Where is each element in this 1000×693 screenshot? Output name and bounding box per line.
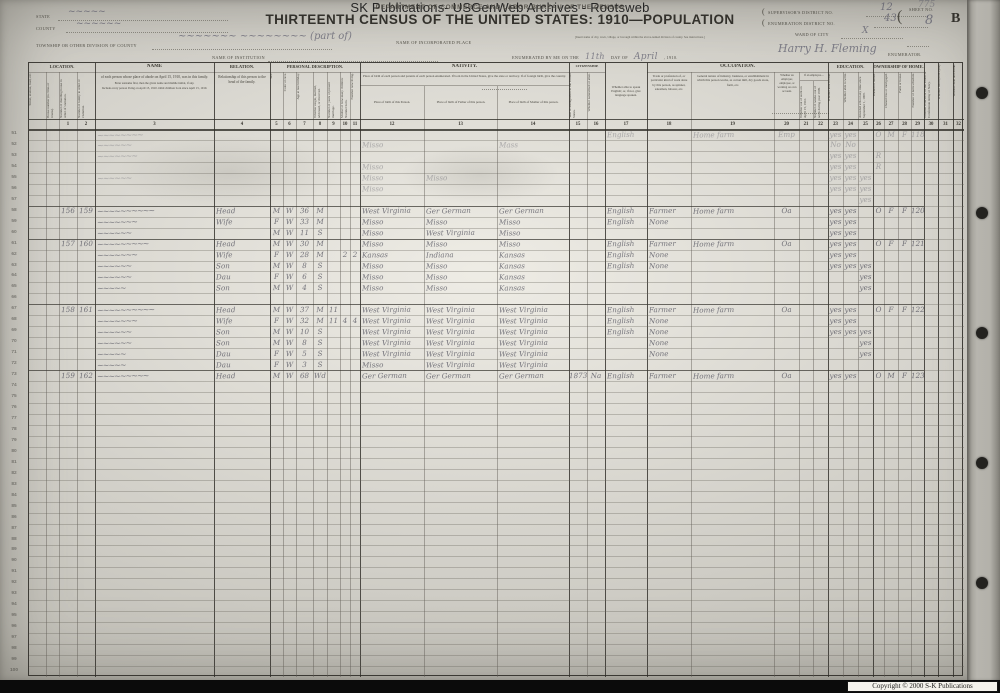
row-number-left: 51 xyxy=(4,129,24,138)
row-number-left: 92 xyxy=(4,578,24,587)
row-number-left: 52 xyxy=(4,140,24,149)
row-number-left: 100 xyxy=(4,666,24,675)
row-number-left: 73 xyxy=(4,370,24,379)
row-number-left: 63 xyxy=(4,261,24,270)
row-number-left: 83 xyxy=(4,480,24,489)
row-number-left: 68 xyxy=(4,315,24,324)
row-number-left: 67 xyxy=(4,304,24,313)
right-binding-strip xyxy=(967,0,1000,681)
margin-row-numbers: 5151525253535454555556565757585859596060… xyxy=(0,0,1000,681)
row-number-left: 77 xyxy=(4,414,24,423)
row-number-left: 93 xyxy=(4,589,24,598)
row-number-left: 79 xyxy=(4,436,24,445)
row-number-left: 65 xyxy=(4,282,24,291)
row-number-left: 99 xyxy=(4,655,24,664)
row-number-left: 62 xyxy=(4,250,24,259)
row-number-left: 60 xyxy=(4,228,24,237)
row-number-left: 96 xyxy=(4,622,24,631)
punch-hole xyxy=(976,87,988,99)
row-number-left: 75 xyxy=(4,392,24,401)
row-number-left: 69 xyxy=(4,326,24,335)
row-number-left: 59 xyxy=(4,217,24,226)
row-number-left: 81 xyxy=(4,458,24,467)
row-number-left: 80 xyxy=(4,447,24,456)
row-number-left: 55 xyxy=(4,173,24,182)
census-scan-page: SK Publications- USGenWeb Archives - Roo… xyxy=(0,0,1000,693)
row-number-left: 84 xyxy=(4,491,24,500)
row-number-left: 87 xyxy=(4,524,24,533)
row-number-left: 64 xyxy=(4,271,24,280)
row-number-left: 58 xyxy=(4,206,24,215)
census-sheet-paper: SK Publications- USGenWeb Archives - Roo… xyxy=(0,0,1000,681)
row-number-left: 95 xyxy=(4,611,24,620)
row-number-left: 72 xyxy=(4,359,24,368)
punch-hole xyxy=(976,327,988,339)
row-number-left: 85 xyxy=(4,502,24,511)
row-number-left: 56 xyxy=(4,184,24,193)
row-number-left: 71 xyxy=(4,348,24,357)
row-number-left: 78 xyxy=(4,425,24,434)
row-number-left: 70 xyxy=(4,337,24,346)
row-number-left: 90 xyxy=(4,556,24,565)
row-number-left: 94 xyxy=(4,600,24,609)
row-number-left: 89 xyxy=(4,545,24,554)
row-number-left: 57 xyxy=(4,195,24,204)
row-number-left: 88 xyxy=(4,535,24,544)
punch-hole xyxy=(976,457,988,469)
row-number-left: 91 xyxy=(4,567,24,576)
row-number-left: 82 xyxy=(4,469,24,478)
row-number-left: 53 xyxy=(4,151,24,160)
row-number-left: 76 xyxy=(4,403,24,412)
row-number-left: 97 xyxy=(4,633,24,642)
punch-hole xyxy=(976,577,988,589)
row-number-left: 98 xyxy=(4,644,24,653)
row-number-left: 54 xyxy=(4,162,24,171)
row-number-left: 61 xyxy=(4,239,24,248)
punch-hole xyxy=(976,207,988,219)
row-number-left: 66 xyxy=(4,293,24,302)
copyright-label: Copyright © 2000 S-K Publications xyxy=(847,681,998,692)
row-number-left: 74 xyxy=(4,381,24,390)
row-number-left: 86 xyxy=(4,513,24,522)
